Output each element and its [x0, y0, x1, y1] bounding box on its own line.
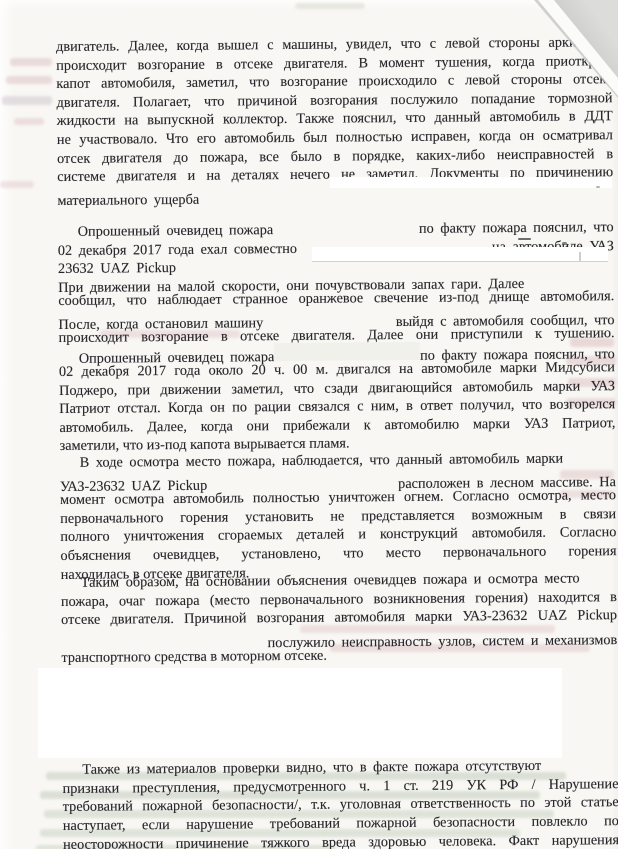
text-segment: транспортного средства в моторном отсеке…: [61, 647, 327, 665]
redaction-patch: [330, 177, 612, 188]
redaction-gap: [274, 341, 420, 361]
redaction-gap: [263, 307, 396, 327]
text-segment: сообщил, что наблюдает странное оранжево…: [58, 288, 614, 309]
paragraph: Также из материалов проверки видно, что …: [62, 756, 618, 849]
paragraph: Таким образом, на основании объяснения о…: [61, 569, 618, 667]
text-segment: отсеке двигателя. Причиной возгорания ав…: [61, 608, 617, 629]
text-segment: автомобиль. Далее, когда они прибежали к…: [59, 415, 615, 436]
paragraph: В ходе осмотра место пожара, наблюдается…: [60, 449, 617, 584]
text-line: послужило неисправность узлов, систем и …: [61, 625, 617, 648]
bleed-through-mark: [6, 76, 52, 84]
bleed-through-mark: [10, 58, 52, 66]
text-segment: объяснения очевидцев, установлено, что м…: [60, 543, 616, 564]
paragraph: Опрошенный очевидец пожарапо факту пожар…: [58, 212, 615, 347]
scan-speck: [518, 238, 531, 240]
text-segment: не участвовало. Что его автомобиль был п…: [57, 127, 613, 148]
scan-speck: [596, 186, 600, 188]
redaction-gap: [273, 214, 419, 234]
text-segment: наступает, если нарушение требований пож…: [63, 813, 618, 834]
redaction-patch: [312, 247, 608, 262]
text-segment: неосторожности причинение тяжкого вреда …: [63, 832, 618, 849]
bleed-through-mark: [0, 181, 34, 188]
redaction-gap: [61, 628, 267, 648]
redaction-gap: [524, 268, 614, 287]
text-segment: Опрошенный очевидец пожара: [78, 221, 274, 241]
bleed-through-mark: [14, 118, 44, 125]
scanned-document-page: двигатель. Далее, когда вышел с машины, …: [0, 0, 618, 849]
text-segment: материального ущерба: [57, 191, 199, 211]
paragraph: Опрошенный очевидец пожарапо факту пожар…: [59, 340, 616, 456]
scan-speck: [562, 242, 567, 245]
bleed-through-mark: [2, 96, 52, 105]
redaction-patch: [38, 668, 562, 758]
text-segment: 23632 UAZ Pickup: [58, 259, 176, 279]
redaction-gap: [207, 470, 398, 490]
text-line: Опрошенный очевидец пожарапо факту пожар…: [58, 212, 614, 235]
